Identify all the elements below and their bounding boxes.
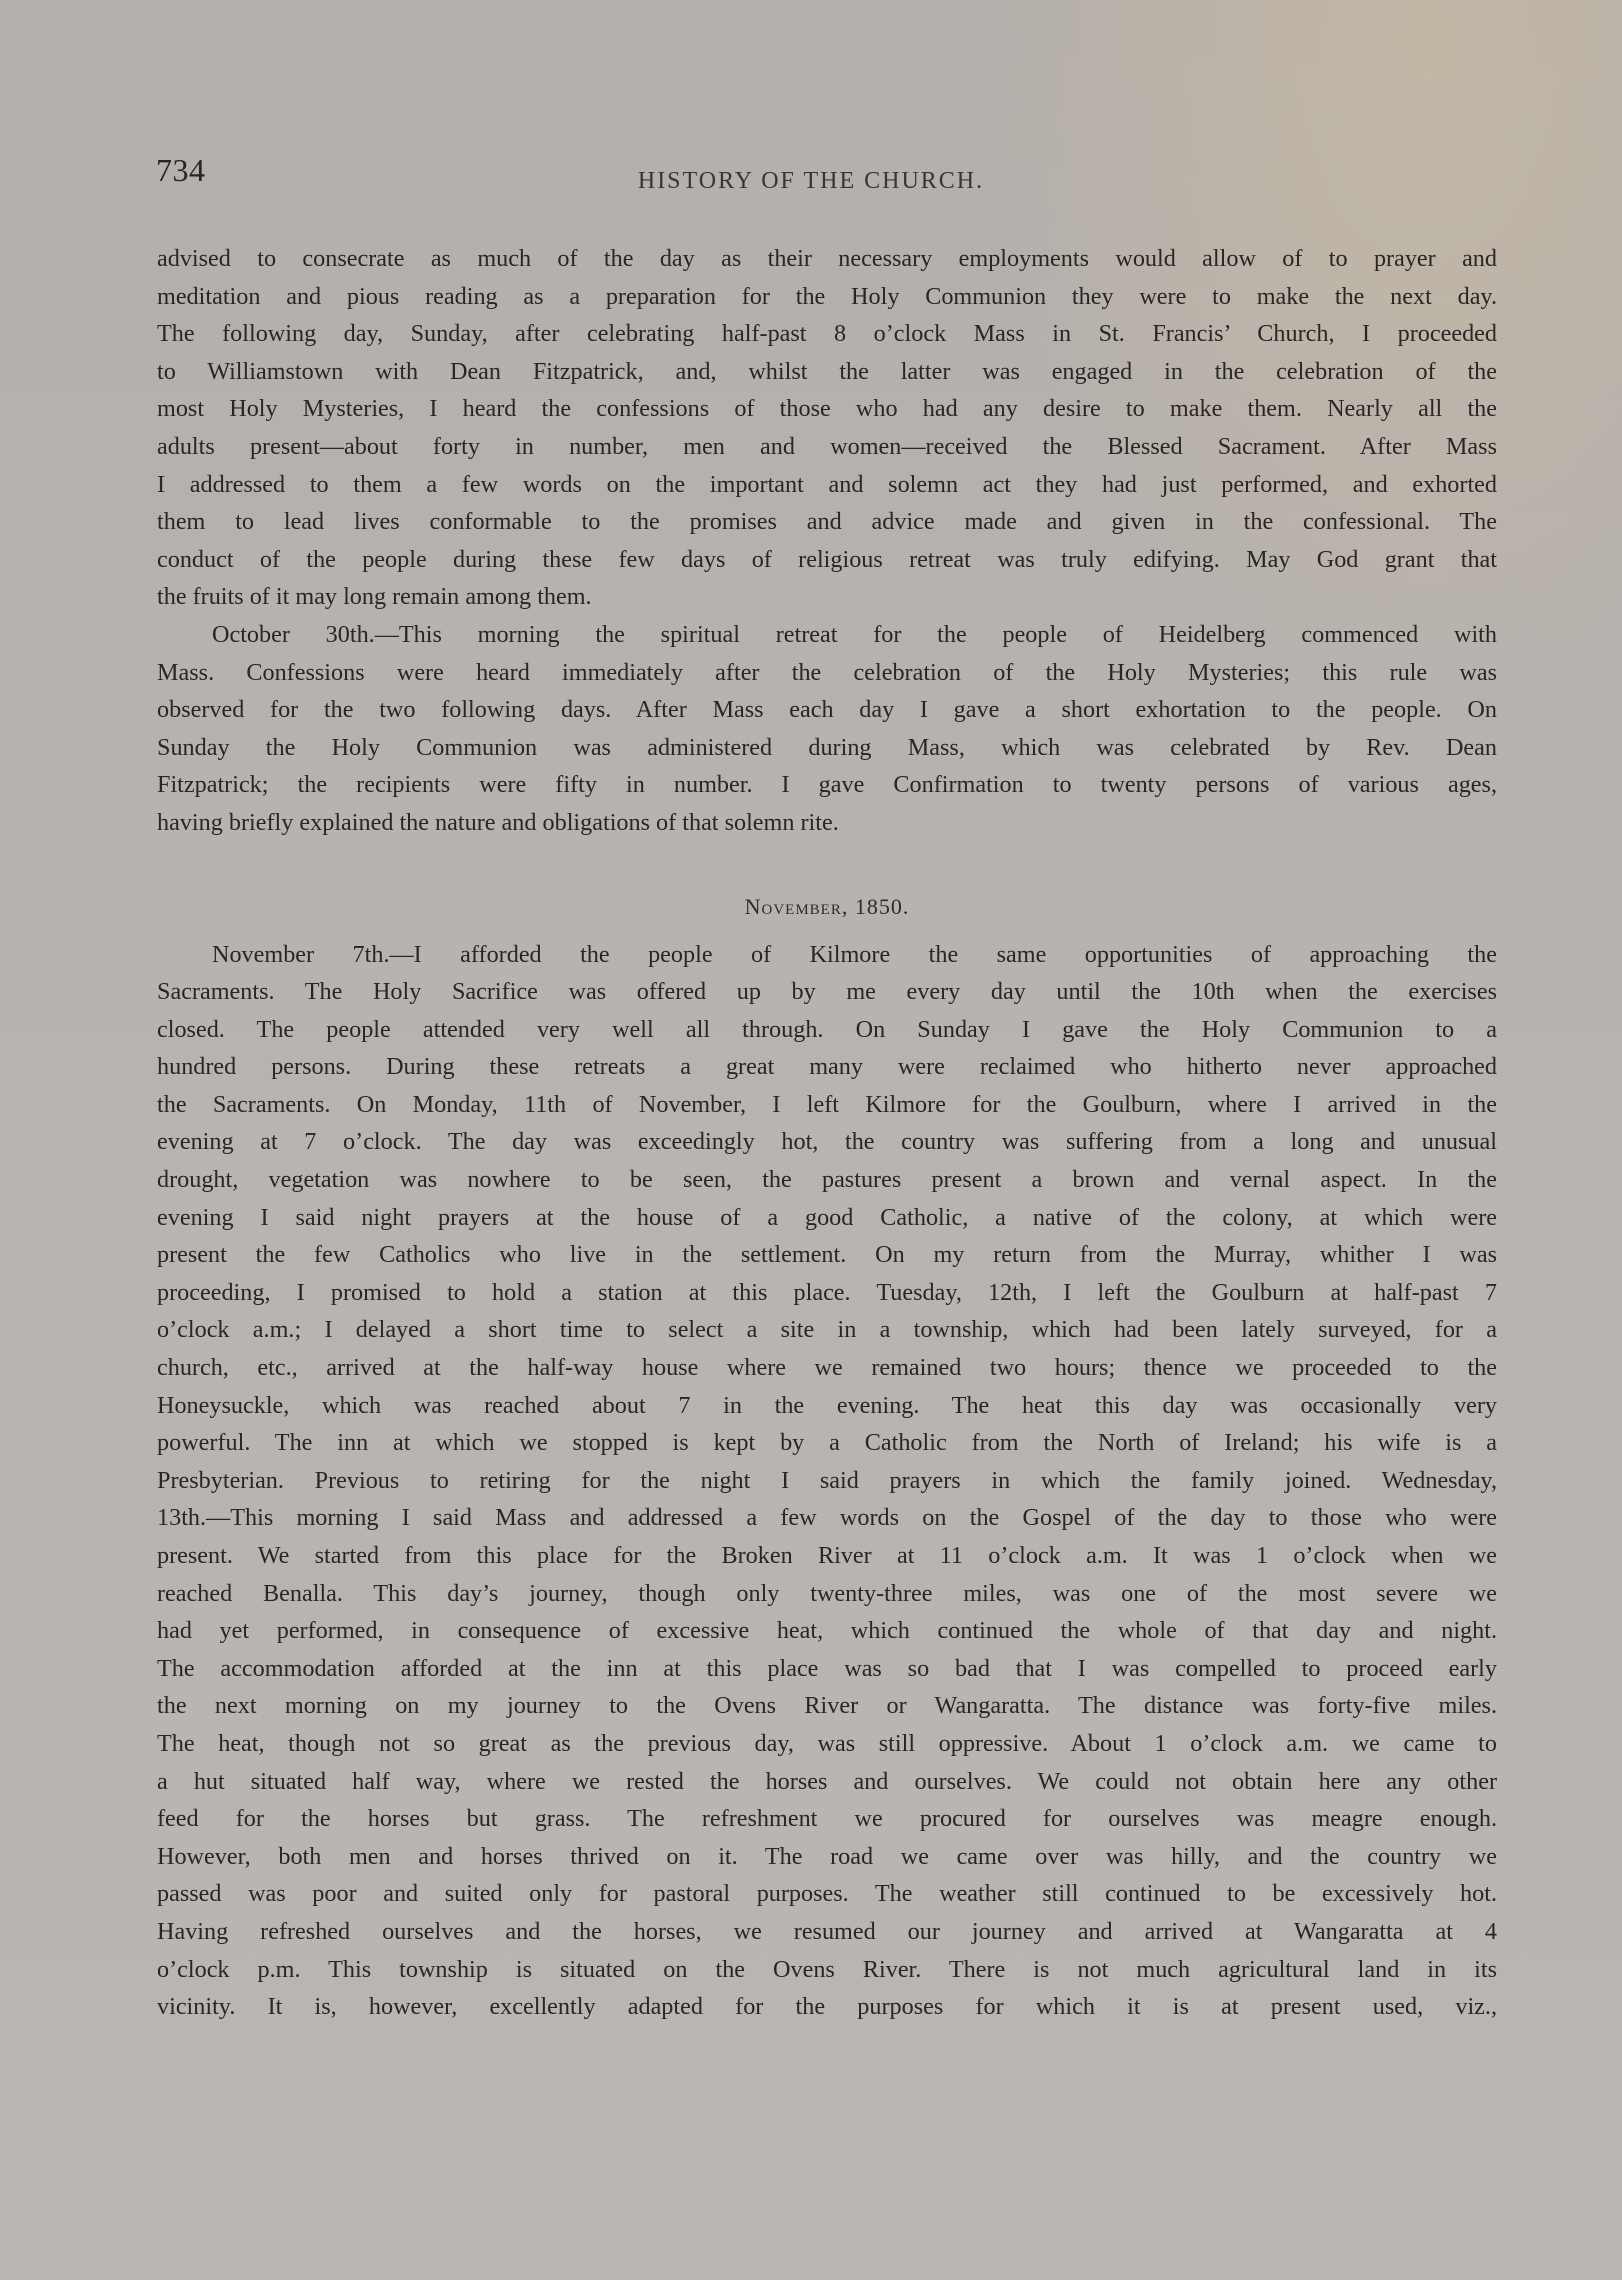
text-line: conduct of the people during these few d…: [157, 541, 1497, 579]
text-line: most Holy Mysteries, I heard the confess…: [157, 390, 1497, 428]
text-line: Fitzpatrick; the recipients were fifty i…: [157, 766, 1497, 804]
text-line: to Williamstown with Dean Fitzpatrick, a…: [157, 353, 1497, 391]
text-line: The heat, though not so great as the pre…: [157, 1725, 1497, 1763]
text-line: church, etc., arrived at the half-way ho…: [157, 1349, 1497, 1387]
text-line: o’clock a.m.; I delayed a short time to …: [157, 1311, 1497, 1349]
text-line: adults present—about forty in number, me…: [157, 428, 1497, 466]
text-line: observed for the two following days. Aft…: [157, 691, 1497, 729]
text-line: hundred persons. During these retreats a…: [157, 1048, 1497, 1086]
text-line: reached Benalla. This day’s journey, tho…: [157, 1575, 1497, 1613]
text-line: advised to consecrate as much of the day…: [157, 240, 1497, 278]
text-line: feed for the horses but grass. The refre…: [157, 1800, 1497, 1838]
text-line: I addressed to them a few words on the i…: [157, 466, 1497, 504]
text-line: November 7th.—I afforded the people of K…: [157, 936, 1497, 974]
text-line: evening I said night prayers at the hous…: [157, 1199, 1497, 1237]
text-line: October 30th.—This morning the spiritual…: [157, 616, 1497, 654]
text-line: having briefly explained the nature and …: [157, 804, 1497, 842]
text-line: drought, vegetation was nowhere to be se…: [157, 1161, 1497, 1199]
paragraph-november-7th: November 7th.—I afforded the people of K…: [157, 936, 1497, 2026]
text-line: 13th.—This morning I said Mass and addre…: [157, 1499, 1497, 1537]
text-line: The following day, Sunday, after celebra…: [157, 315, 1497, 353]
text-line: meditation and pious reading as a prepar…: [157, 278, 1497, 316]
text-line: the Sacraments. On Monday, 11th of Novem…: [157, 1086, 1497, 1124]
text-line: o’clock p.m. This township is situated o…: [157, 1951, 1497, 1989]
book-page: 734 HISTORY OF THE CHURCH. advised to co…: [0, 0, 1622, 2280]
text-line: Sacraments. The Holy Sacrifice was offer…: [157, 973, 1497, 1011]
text-line: Honeysuckle, which was reached about 7 i…: [157, 1387, 1497, 1425]
text-line: them to lead lives conformable to the pr…: [157, 503, 1497, 541]
text-line: Having refreshed ourselves and the horse…: [157, 1913, 1497, 1951]
text-line: present. We started from this place for …: [157, 1537, 1497, 1575]
text-line: vicinity. It is, however, excellently ad…: [157, 1988, 1497, 2026]
text-line: Sunday the Holy Communion was administer…: [157, 729, 1497, 767]
text-line: the fruits of it may long remain among t…: [157, 578, 1497, 616]
text-line: Presbyterian. Previous to retiring for t…: [157, 1462, 1497, 1500]
text-line: proceeding, I promised to hold a station…: [157, 1274, 1497, 1312]
text-line: present the few Catholics who live in th…: [157, 1236, 1497, 1274]
body-text: advised to consecrate as much of the day…: [157, 240, 1497, 2026]
section-heading: November, 1850.: [157, 886, 1497, 928]
text-line: had yet performed, in consequence of exc…: [157, 1612, 1497, 1650]
paragraph-continuation: advised to consecrate as much of the day…: [157, 240, 1497, 616]
text-line: evening at 7 o’clock. The day was exceed…: [157, 1123, 1497, 1161]
text-line: a hut situated half way, where we rested…: [157, 1763, 1497, 1801]
text-line: However, both men and horses thrived on …: [157, 1838, 1497, 1876]
text-line: the next morning on my journey to the Ov…: [157, 1687, 1497, 1725]
paragraph-october-30th: October 30th.—This morning the spiritual…: [157, 616, 1497, 842]
running-title: HISTORY OF THE CHURCH.: [0, 168, 1622, 195]
text-line: powerful. The inn at which we stopped is…: [157, 1424, 1497, 1462]
text-line: closed. The people attended very well al…: [157, 1011, 1497, 1049]
text-line: The accommodation afforded at the inn at…: [157, 1650, 1497, 1688]
text-line: passed was poor and suited only for past…: [157, 1875, 1497, 1913]
text-line: Mass. Confessions were heard immediately…: [157, 654, 1497, 692]
